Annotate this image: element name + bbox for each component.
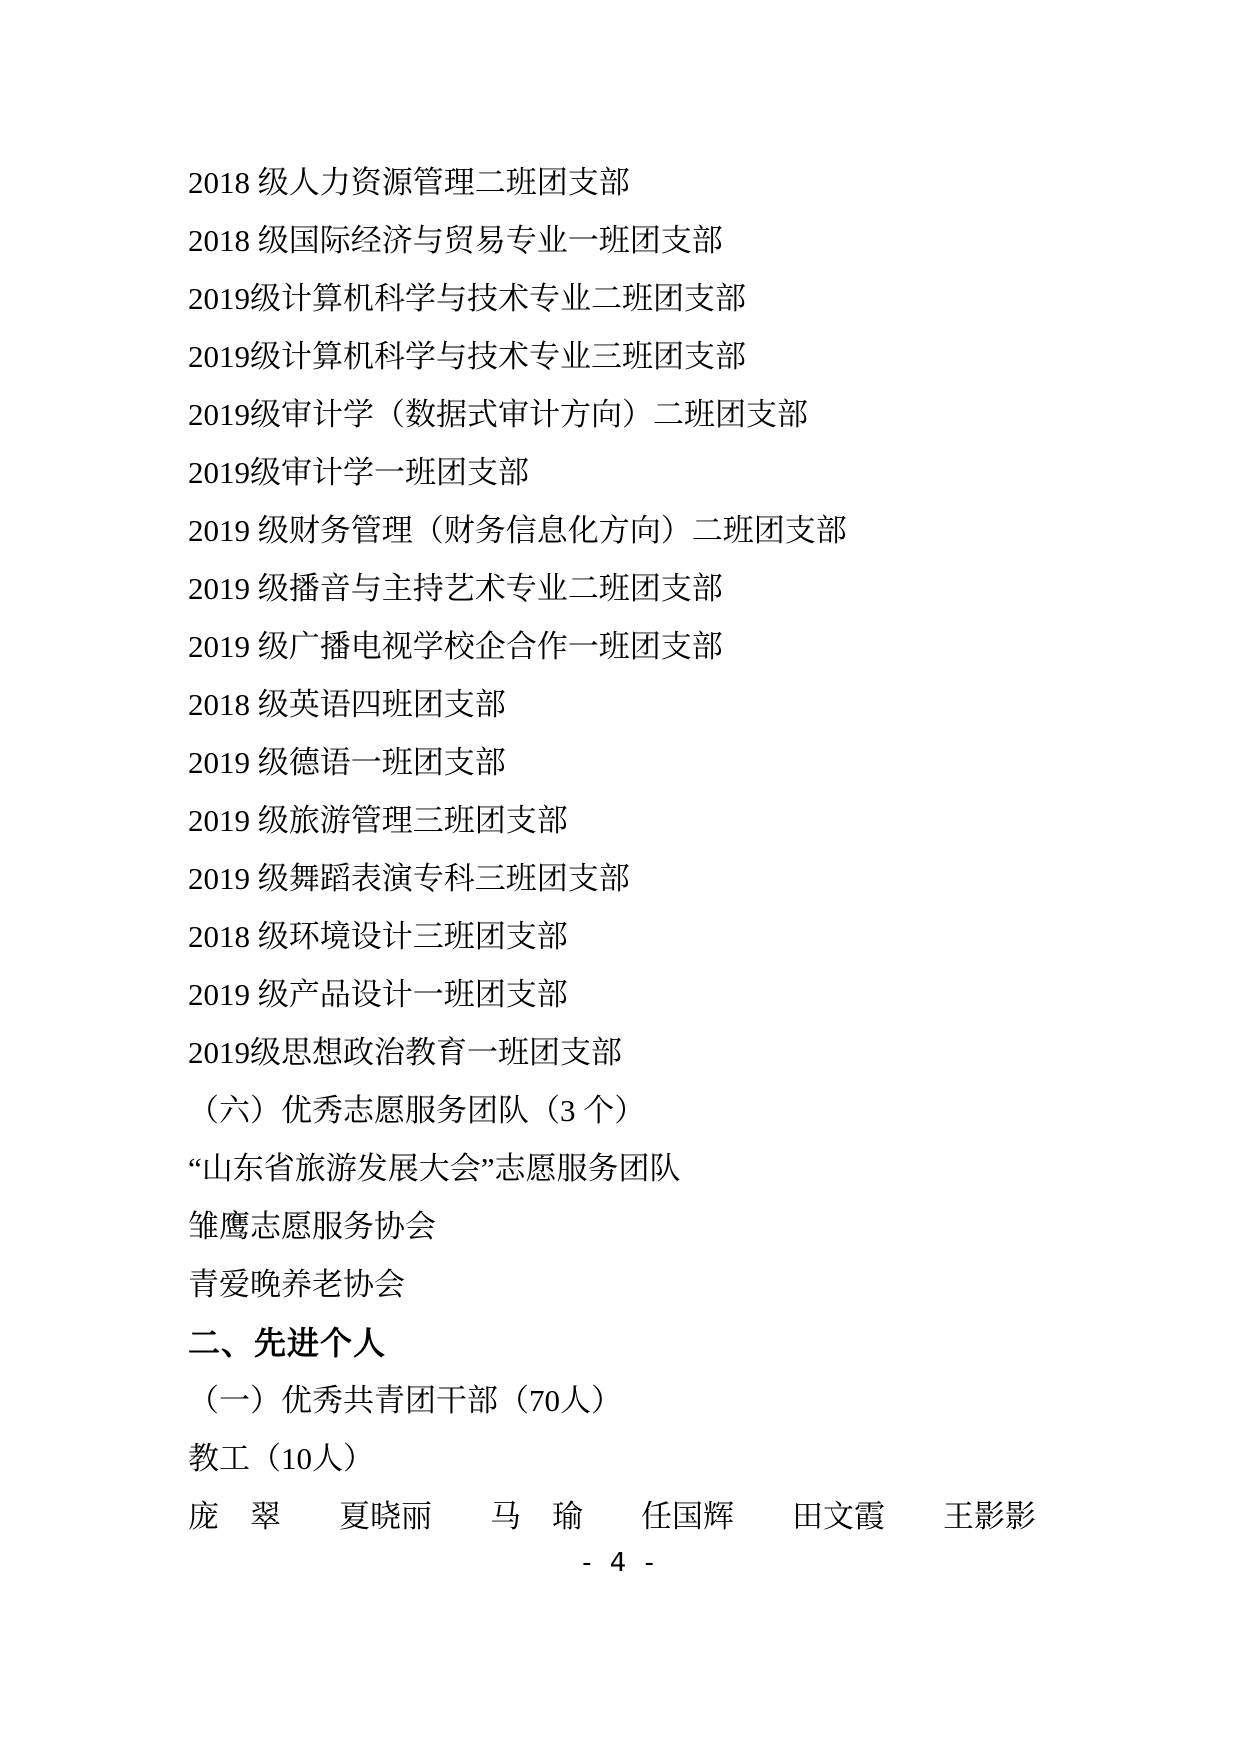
document-body: 2018 级人力资源管理二班团支部2018 级国际经济与贸易专业一班团支部201… [188,154,1181,1546]
document-line: 2018 级英语四班团支部 [188,676,1181,734]
person-name: 夏晓丽 [339,1488,432,1546]
document-page: 2018 级人力资源管理二班团支部2018 级国际经济与贸易专业一班团支部201… [0,0,1241,1755]
document-line: “山东省旅游发展大会”志愿服务团队 [188,1140,1181,1198]
person-name: 王影影 [943,1488,1036,1546]
names-line: 庞 翠夏晓丽马 瑜任国辉田文霞王影影 [188,1488,1181,1546]
document-line: 2019 级舞蹈表演专科三班团支部 [188,850,1181,908]
person-name: 田文霞 [792,1488,885,1546]
document-line: 2019 级德语一班团支部 [188,734,1181,792]
document-line: 2019级计算机科学与技术专业二班团支部 [188,270,1181,328]
page-number: - 4 - [582,1548,659,1578]
document-line: 2018 级人力资源管理二班团支部 [188,154,1181,212]
person-name: 马 瑜 [490,1488,583,1546]
document-line: 2018 级环境设计三班团支部 [188,908,1181,966]
document-line: 2019级思想政治教育一班团支部 [188,1024,1181,1082]
document-line: 2019级计算机科学与技术专业三班团支部 [188,328,1181,386]
document-line: 2019级审计学一班团支部 [188,444,1181,502]
document-line: （一）优秀共青团干部（70人） [188,1372,1181,1430]
document-line: 2019 级旅游管理三班团支部 [188,792,1181,850]
document-line: 青爱晚养老协会 [188,1256,1181,1314]
document-line: 2019 级产品设计一班团支部 [188,966,1181,1024]
document-line: （六）优秀志愿服务团队（3 个） [188,1082,1181,1140]
person-name: 庞 翠 [188,1488,281,1546]
section-heading: 二、先进个人 [188,1314,1181,1372]
person-name: 任国辉 [641,1488,734,1546]
document-line: 2019 级财务管理（财务信息化方向）二班团支部 [188,502,1181,560]
document-line: 2019 级播音与主持艺术专业二班团支部 [188,560,1181,618]
document-line: 雏鹰志愿服务协会 [188,1198,1181,1256]
document-line: 2019 级广播电视学校企合作一班团支部 [188,618,1181,676]
document-line: 2018 级国际经济与贸易专业一班团支部 [188,212,1181,270]
page-footer: - 4 - [0,1548,1241,1578]
document-line: 教工（10人） [188,1430,1181,1488]
document-line: 2019级审计学（数据式审计方向）二班团支部 [188,386,1181,444]
